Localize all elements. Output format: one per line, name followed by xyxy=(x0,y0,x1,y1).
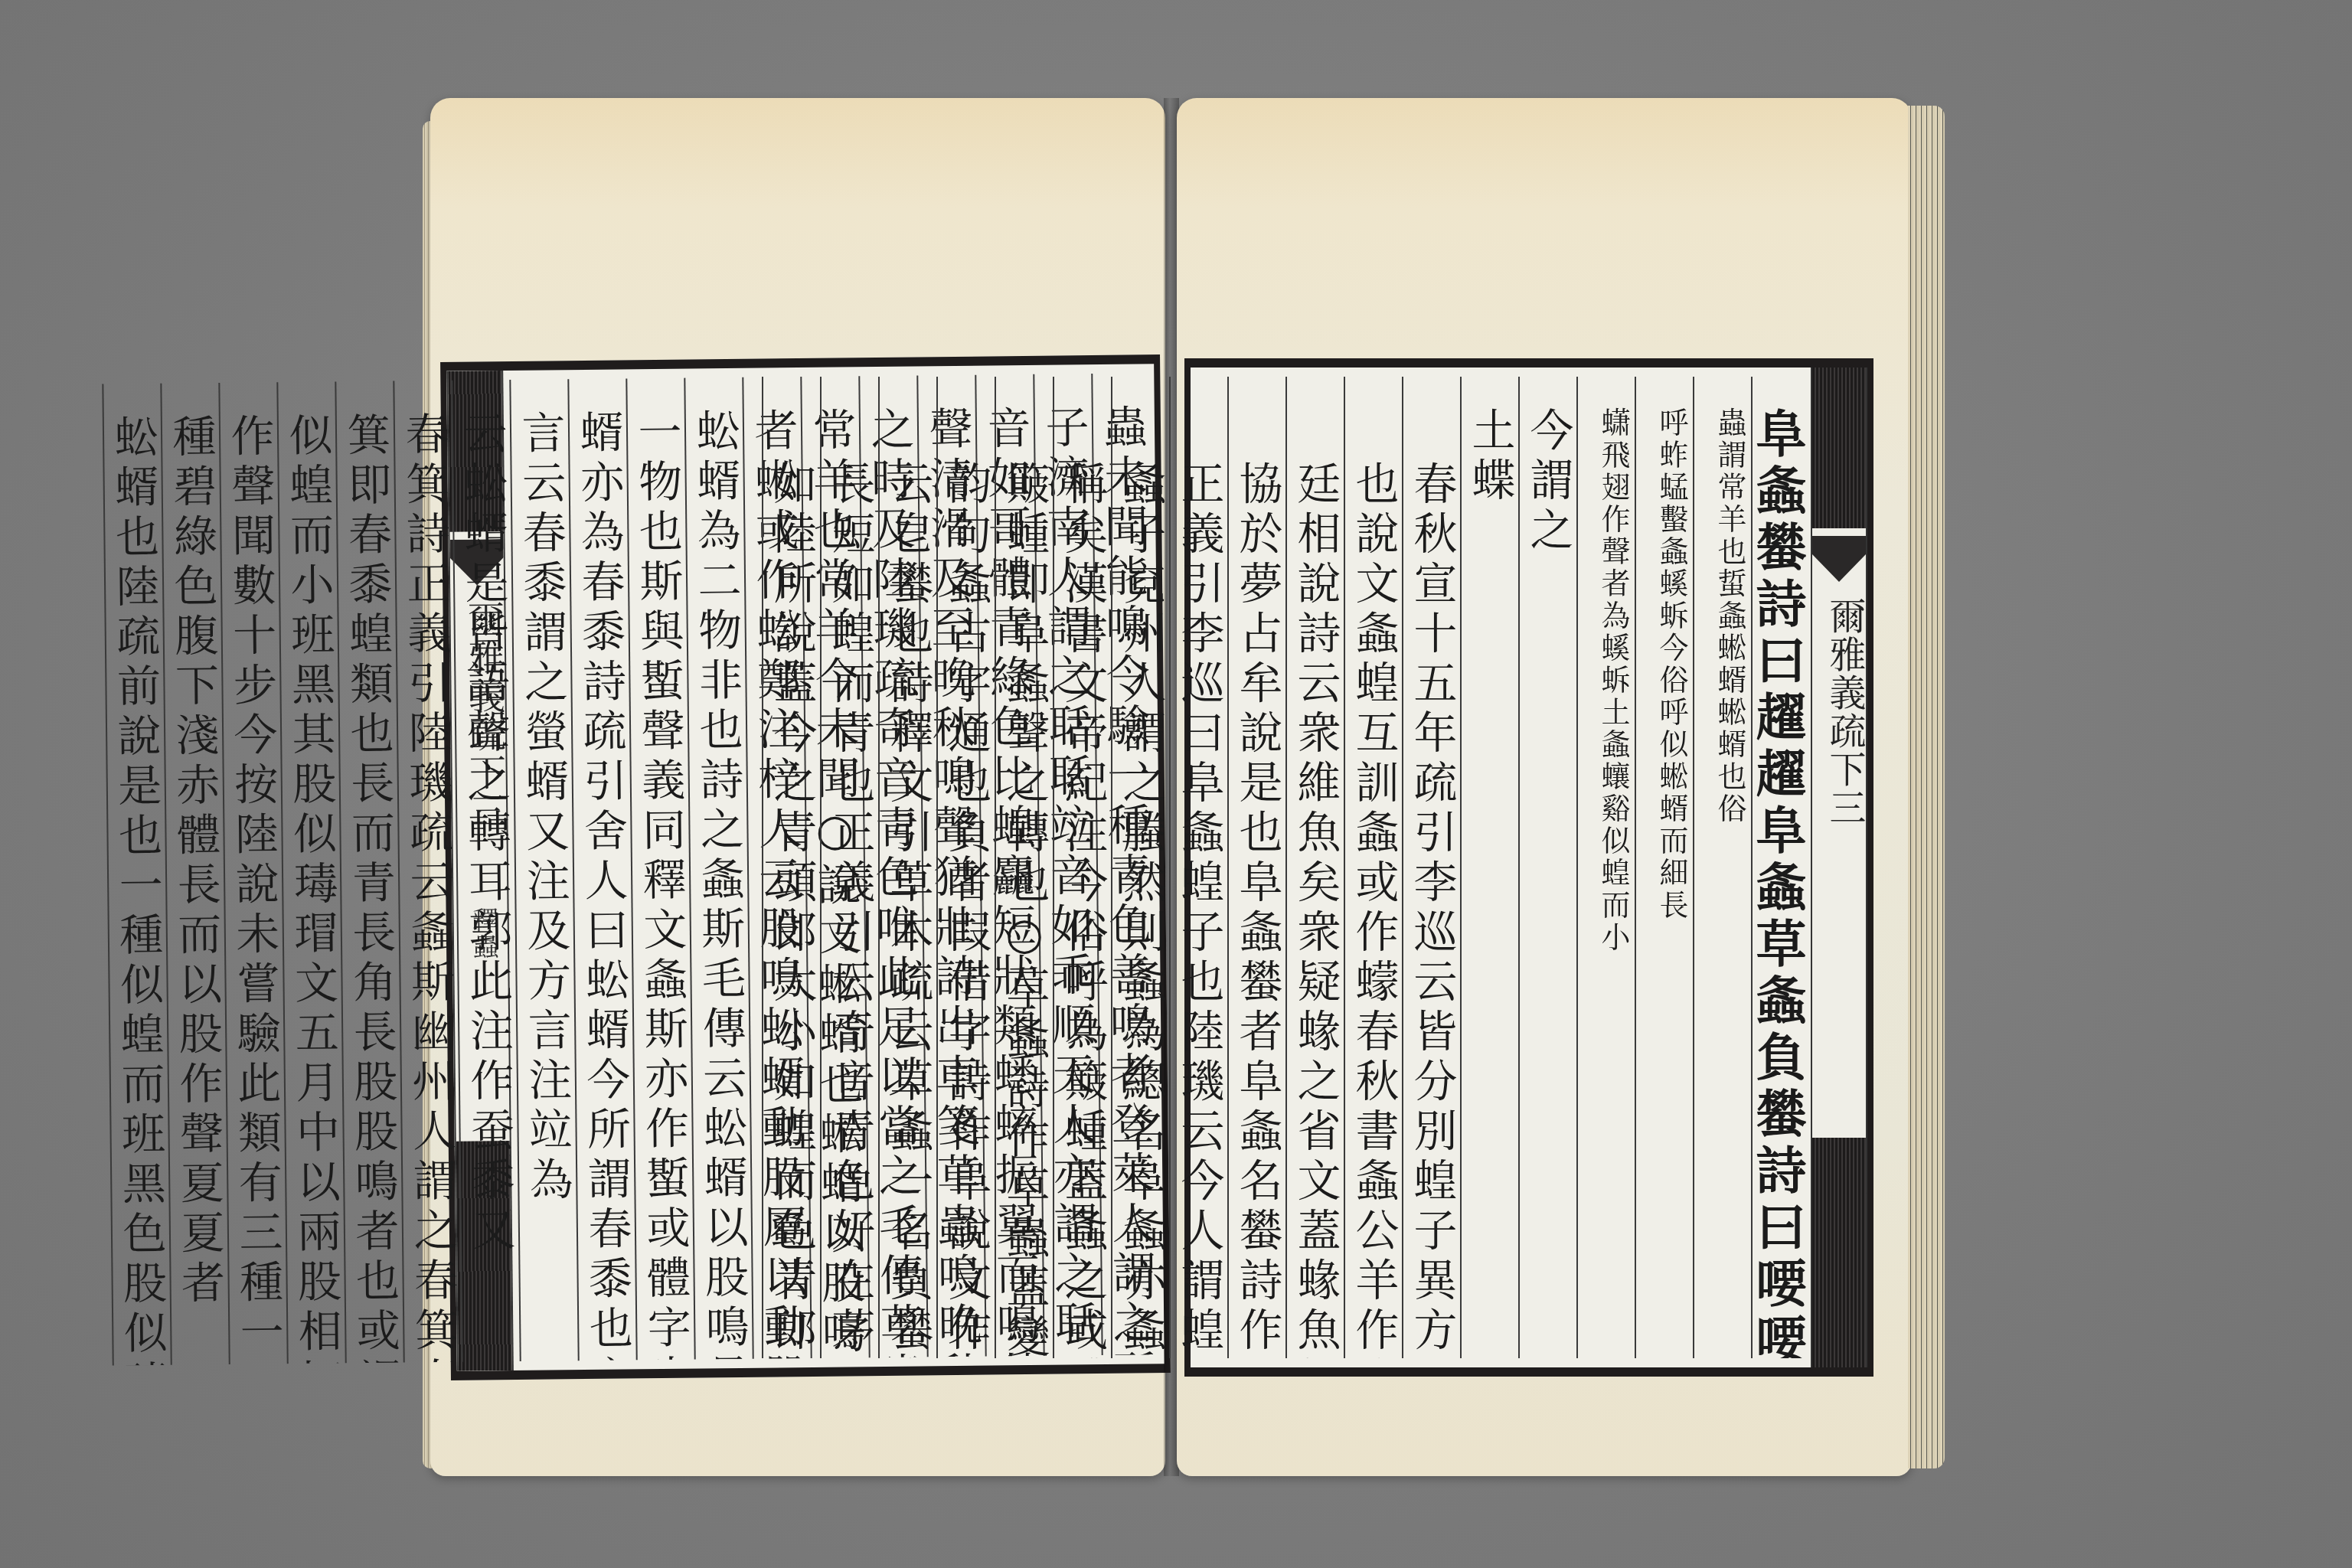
right-page: 阜螽蠜詩曰趯趯阜螽草螽負蠜詩曰喓喓草 蟲謂常羊也蜇螽蜙蝑蜙蝑也俗 呼蚱蜢蟿螽螇蚸… xyxy=(1177,98,1912,1476)
text-column: 呼蚱蜢蟿螽螇蚸今俗呼似蜙蝑而細長 xyxy=(1635,377,1693,1358)
text-column: 作聲聞數十步今按陸說未嘗驗此類有三種一 xyxy=(218,382,286,1364)
black-mouth-bottom xyxy=(1812,1138,1866,1367)
text-column: 蟲謂常羊也蜇螽蜙蝑蜙蝑也俗 xyxy=(1693,377,1751,1358)
text-column: 箕即春黍蝗類也長而青長角長股股鳴者也或謂 xyxy=(335,381,403,1364)
text-column: 如陸所說蓋今之青頭郎大小如蝗而色青郎蝗之 xyxy=(762,377,820,1358)
open-book: 爾雅義疏下三 釋蟲 廿二 蟲未聞能鳴令驗一種青色善鳴者登萊人謂之聒聒 子濟南人謂… xyxy=(423,98,1977,1476)
text-column: 土蝶 xyxy=(1460,377,1518,1358)
text-column: 蝑亦為春黍詩疏引舍人曰蚣蝑今所謂春黍也方 xyxy=(567,378,635,1361)
text-column: 協於夢占牟說是也阜螽蠜者阜螽名蠜詩作阜螽 xyxy=(1227,377,1285,1358)
text-column: 似蝗而小班黑其股似瑇瑁文五月中以兩股相切 xyxy=(276,381,345,1364)
text-column: 云蚣蝑是皆語聲之轉耳郭此注作蚕黍又 xyxy=(451,380,519,1362)
text-column: 稱矣漢書文帝紀注今俗呼為簸蝩蓋螽之或體 xyxy=(1053,377,1111,1358)
text-column: 也說文螽蝗互訓螽或作蠓春秋書螽公羊作蝝牟 xyxy=(1344,377,1402,1358)
text-column: 春秋宣十五年疏引李巡云皆分別蝗子異方之語 xyxy=(1402,377,1460,1358)
text-column: 長短如蝗而青也正義引云奇音青色好在茅草中 xyxy=(820,377,878,1358)
text-column: 蟏飛翅作聲者為螇蚸土螽蠰谿似蝗而小 xyxy=(1576,377,1635,1358)
margin-book-title: 爾雅義疏下三 xyxy=(1818,597,1871,827)
right-page-text-frame: 阜螽蠜詩曰趯趯阜螽草螽負蠜詩曰喓喓草 蟲謂常羊也蜇螽蜙蝑蜙蝑也俗 呼蚱蜢蟿螽螇蚸… xyxy=(1184,358,1873,1377)
text-column: 一物也斯與蟴聲義同釋文螽斯亦作蟴或體字也蚣 xyxy=(626,378,694,1361)
black-mouth-top xyxy=(1812,367,1866,528)
right-page-center-margin: 爾雅義疏下三 二十 xyxy=(1811,367,1867,1367)
text-column: 蚣蝑也陸疏前說是也一種似蝗而班黑色股似瑇 xyxy=(102,384,170,1366)
text-column: 今謂之 xyxy=(1518,377,1576,1358)
text-column: 春箕詩正義引陸璣疏云螽斯幽州人謂之春箕春 xyxy=(393,381,461,1363)
text-column: 蚣蝑為二物非也詩之螽斯毛傳云蚣蝑以股鳴是 xyxy=(684,377,752,1360)
text-column-headword: 阜螽蠜詩曰趯趯阜螽草螽負蠜詩曰喓喓草 xyxy=(1751,377,1809,1358)
page-stack-right-edge xyxy=(1908,106,1945,1468)
text-column: 韵句螽古字通也負者叚借字詩作阜說文作皀 xyxy=(936,377,995,1358)
text-column: 云皀蠜也詩釋文引草木疏云草螽一名負蠜大小 xyxy=(878,377,936,1358)
right-page-columns: 阜螽蠜詩曰趯趯阜螽草螽負蠜詩曰喓喓草 蟲謂常羊也蜇螽蜙蝑蜙蝑也俗 呼蚱蜢蟿螽螇蚸… xyxy=(1191,367,1814,1367)
text-column: 簸蝩即阜螽聲之轉也○草螽詩作草蟲蓋變文以 xyxy=(995,377,1053,1358)
text-column: 種碧綠色腹下淺赤體長而以股作聲夏夏者 xyxy=(160,383,228,1365)
text-column: 正義引李巡曰阜螽蝗子也陸璣云今人謂蝗子為 xyxy=(1169,377,1227,1358)
text-column: 螽子兗州人謂之螣然則螽為總名阜螽亦螽之統 xyxy=(1111,377,1169,1358)
text-column: 言云春黍謂之螢蝑又注及方言注竝為 xyxy=(509,379,577,1361)
fishtail-ornament xyxy=(1812,536,1866,582)
text-column: 廷相說詩云衆維魚矣衆疑蝝之省文蓋蝝魚相化 xyxy=(1285,377,1344,1358)
